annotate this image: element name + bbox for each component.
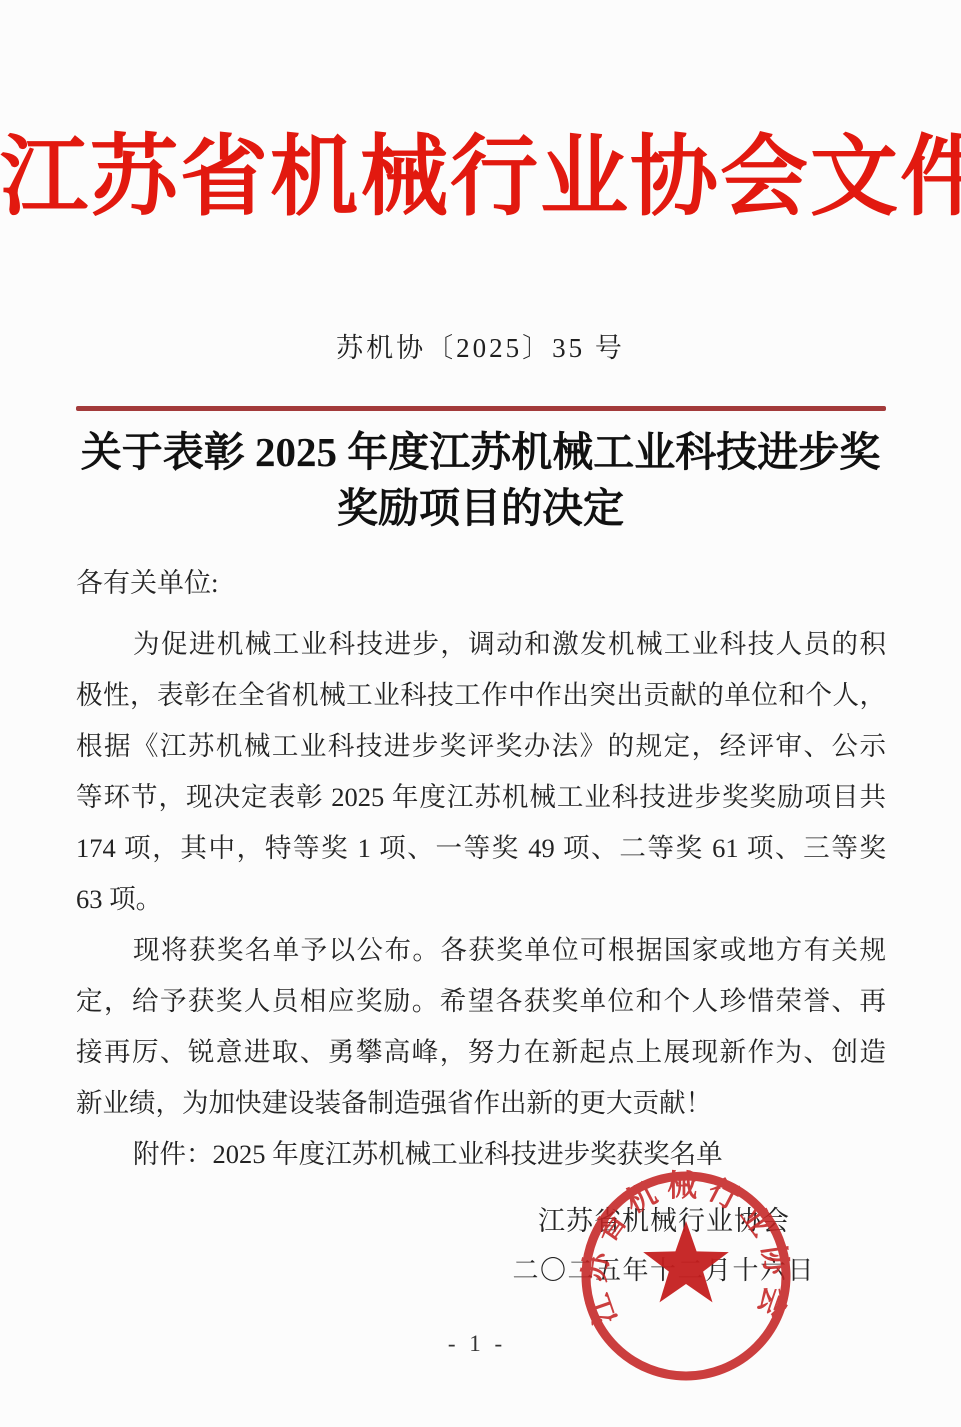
document-number: 苏机协〔2025〕35 号 — [0, 326, 961, 365]
paragraph-2: 现将获奖名单予以公布。各获奖单位可根据国家或地方有关规 定，给予获奖人员相应奖励… — [76, 925, 886, 1129]
letterhead-title: 江苏省机械行业协会文件 — [0, 130, 961, 228]
page-number: - 1 - — [0, 1331, 954, 1357]
paragraph-1-line: 极性，表彰在全省机械工业科技工作中作出突出贡献的单位和个人， — [76, 670, 886, 721]
document-page: 江苏省机械行业协会文件 苏机协〔2025〕35 号 关于表彰 2025 年度江苏… — [0, 0, 961, 1427]
paragraph-1-line: 为促进机械工业科技进步，调动和激发机械工业科技人员的积 — [76, 619, 886, 670]
document-body: 各有关单位: 为促进机械工业科技进步，调动和激发机械工业科技人员的积 极性，表彰… — [76, 558, 886, 1180]
paragraph-2-line: 新业绩，为加快建设装备制造强省作出新的更大贡献！ — [76, 1078, 886, 1129]
paragraph-2-line: 现将获奖名单予以公布。各获奖单位可根据国家或地方有关规 — [76, 925, 886, 976]
red-divider-rule — [76, 406, 886, 411]
paragraph-2-line: 定，给予获奖人员相应奖励。希望各获奖单位和个人珍惜荣誉、再 — [76, 976, 886, 1027]
paragraph-1-line: 63 项。 — [76, 874, 886, 925]
paragraph-1: 为促进机械工业科技进步，调动和激发机械工业科技人员的积 极性，表彰在全省机械工业… — [76, 619, 886, 925]
paragraph-1-line: 174 项，其中，特等奖 1 项、一等奖 49 项、二等奖 61 项、三等奖 — [76, 823, 886, 874]
document-title: 关于表彰 2025 年度江苏机械工业科技进步奖 奖励项目的决定 — [40, 424, 921, 536]
paragraph-1-line: 等环节，现决定表彰 2025 年度江苏机械工业科技进步奖奖励项目共 — [76, 772, 886, 823]
official-seal: 江苏省机械行业协会 — [570, 1160, 802, 1392]
salutation: 各有关单位: — [76, 558, 886, 609]
document-title-line-1: 关于表彰 2025 年度江苏机械工业科技进步奖 — [40, 424, 921, 480]
document-title-line-2: 奖励项目的决定 — [40, 480, 921, 536]
paragraph-1-line: 根据《江苏机械工业科技进步奖评奖办法》的规定，经评审、公示 — [76, 721, 886, 772]
seal-star-icon — [643, 1221, 729, 1302]
paragraph-2-line: 接再厉、锐意进取、勇攀高峰，努力在新起点上展现新作为、创造 — [76, 1027, 886, 1078]
